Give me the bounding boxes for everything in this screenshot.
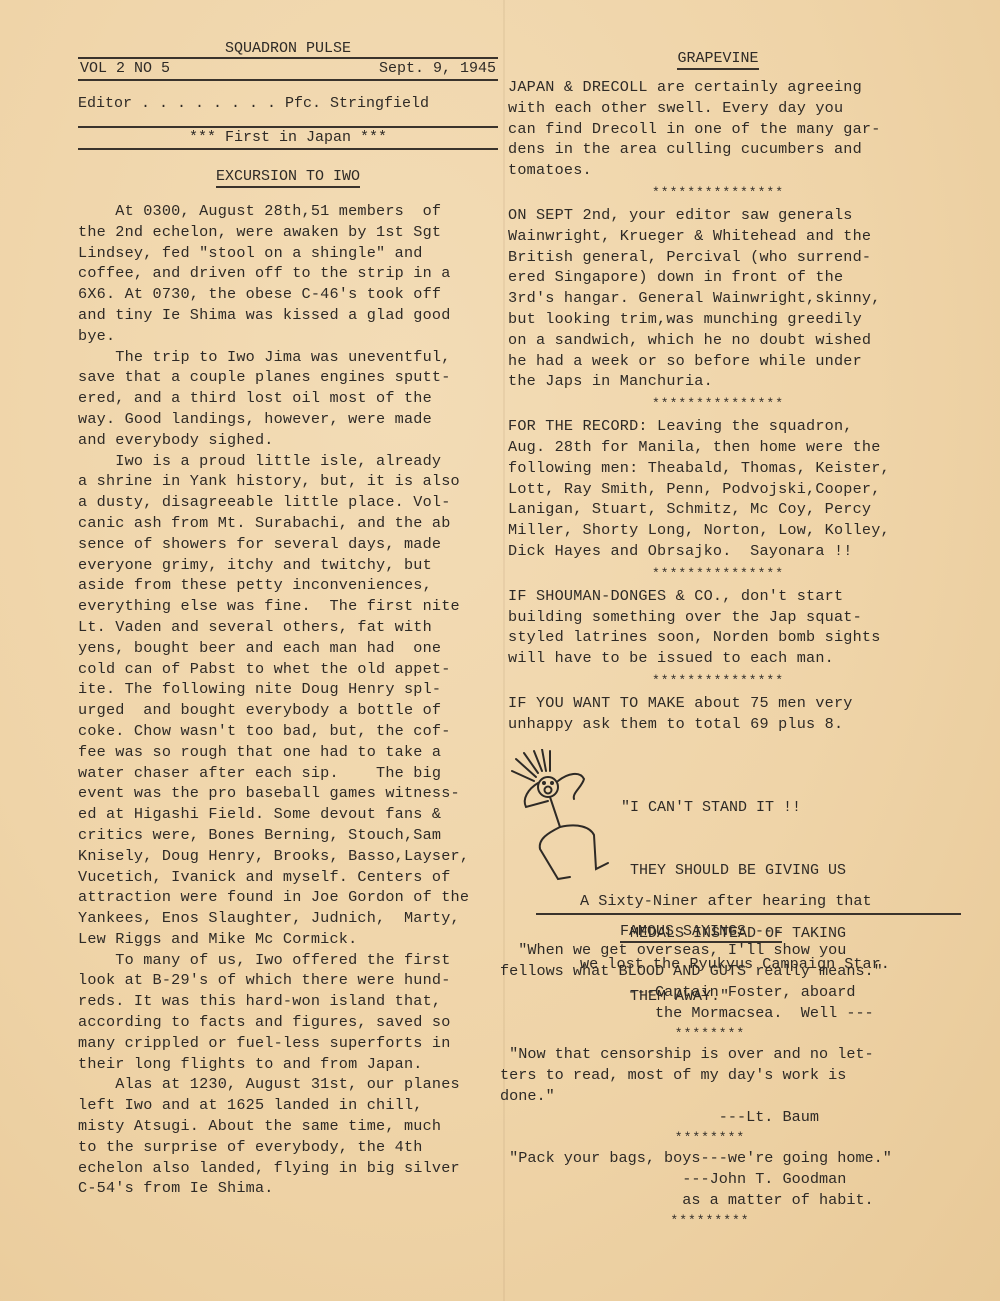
grapevine-line: dens in the area culling cucumbers and xyxy=(508,139,978,160)
grapevine-line: Aug. 28th for Manila, then home were the xyxy=(508,437,978,458)
cartoon-quote-line: "I CAN'T STAND IT !! xyxy=(621,797,846,818)
star-separator: ******** xyxy=(500,1128,920,1148)
article-line: aside from these petty inconveniences, xyxy=(78,575,508,596)
grapevine-line: styled latrines soon, Norden bomb sights xyxy=(508,627,978,648)
article-line: reds. It was this hard-won island that, xyxy=(78,991,508,1012)
grapevine-headline-text: GRAPEVINE xyxy=(677,50,758,70)
article-headline-text: EXCURSION TO IWO xyxy=(216,168,360,188)
star-separator: *************** xyxy=(508,394,928,414)
article-line: save that a couple planes engines sputt- xyxy=(78,367,508,388)
article-line: yens, bought beer and each man had one xyxy=(78,638,508,659)
article-line: coke. Chow wasn't too bad, but, the cof- xyxy=(78,721,508,742)
article-line: canic ash from Mt. Surabachi, and the ab xyxy=(78,513,508,534)
article-headline: EXCURSION TO IWO xyxy=(78,168,498,185)
grapevine-line: following men: Theabald, Thomas, Keister… xyxy=(508,458,978,479)
article-line: water chaser after each sip. The big xyxy=(78,763,508,784)
article-line: according to facts and figures, saved so xyxy=(78,1012,508,1033)
grapevine-line: Miller, Shorty Long, Norton, Low, Kolley… xyxy=(508,520,978,541)
article-line: C-54's from Ie Shima. xyxy=(78,1178,508,1199)
star-separator-end: ********* xyxy=(500,1211,920,1231)
grapevine-line: will have to be issued to each man. xyxy=(508,648,978,669)
grapevine-line: can find Drecoll in one of the many gar- xyxy=(508,119,978,140)
grapevine-line: JAPAN & DRECOLL are certainly agreeing xyxy=(508,77,978,98)
article-line: sence of showers for several days, made xyxy=(78,534,508,555)
grapevine-line: IF SHOUMAN-DONGES & CO., don't start xyxy=(508,586,978,607)
grapevine-item: IF SHOUMAN-DONGES & CO., don't startbuil… xyxy=(508,586,978,669)
article-line: misty Atsugi. About the same time, much xyxy=(78,1116,508,1137)
grapevine-line: Lanigan, Stuart, Schmitz, Mc Coy, Percy xyxy=(508,499,978,520)
cartoon-block: "I CAN'T STAND IT !! THEY SHOULD BE GIVI… xyxy=(508,745,978,895)
article-line: Vucetich, Ivanick and myself. Centers of xyxy=(78,867,508,888)
article-line: urged and bought everybody a bottle of xyxy=(78,700,508,721)
article-line: ed at Higashi Field. Some devout fans & xyxy=(78,804,508,825)
grapevine-line: but looking trim,was munching greedily xyxy=(508,309,978,330)
article-line: to the surprise of everybody, the 4th xyxy=(78,1137,508,1158)
article-line: look at B-29's of which there were hund- xyxy=(78,970,508,991)
grapevine-body: JAPAN & DRECOLL are certainly agreeingwi… xyxy=(508,77,978,735)
grapevine-line: Wainwright, Krueger & Whitehead and the xyxy=(508,226,978,247)
grapevine-item: IF YOU WANT TO MAKE about 75 men veryunh… xyxy=(508,693,978,735)
article-line: 6X6. At 0730, the obese C-46's took off xyxy=(78,284,508,305)
star-separator: *************** xyxy=(508,564,928,584)
grapevine-item: FOR THE RECORD: Leaving the squadron,Aug… xyxy=(508,416,978,562)
cartoon-caption: A Sixty-Niner after hearing that we lost… xyxy=(580,849,890,1017)
article-line: left Iwo and at 1625 landed in chill, xyxy=(78,1095,508,1116)
article-body: At 0300, August 28th,51 members ofthe 2n… xyxy=(78,201,508,1199)
tagline: *** First in Japan *** xyxy=(78,128,498,148)
article-line: way. Good landings, however, were made xyxy=(78,409,508,430)
grapevine-line: tomatoes. xyxy=(508,160,978,181)
grapevine-line: FOR THE RECORD: Leaving the squadron, xyxy=(508,416,978,437)
cartoon-caption-line: we lost the Ryukyus Campaign Star. xyxy=(580,954,890,975)
saying-quote-line: ters to read, most of my day's work is xyxy=(500,1065,978,1086)
grapevine-line: IF YOU WANT TO MAKE about 75 men very xyxy=(508,693,978,714)
grapevine-line: ered Singapore) down in front of the xyxy=(508,267,978,288)
saying-quote-line: done." xyxy=(500,1086,978,1107)
masthead-volume-row: VOL 2 NO 5 Sept. 9, 1945 xyxy=(78,59,498,79)
saying-quote-line: "Pack your bags, boys---we're going home… xyxy=(500,1148,978,1169)
article-line: At 0300, August 28th,51 members of xyxy=(78,201,508,222)
saying-attribution-line: ---John T. Goodman xyxy=(500,1169,978,1190)
article-line: bye. xyxy=(78,326,508,347)
grapevine-line: Dick Hayes and Obrsajko. Sayonara !! xyxy=(508,541,978,562)
grapevine-line: with each other swell. Every day you xyxy=(508,98,978,119)
tagline-rule-bottom xyxy=(78,148,498,150)
grapevine-headline: GRAPEVINE xyxy=(508,50,928,67)
article-line: coffee, and driven off to the strip in a xyxy=(78,263,508,284)
article-line: event was the pro baseball games witness… xyxy=(78,783,508,804)
grapevine-line: British general, Percival (who surrend- xyxy=(508,247,978,268)
grapevine-item: JAPAN & DRECOLL are certainly agreeingwi… xyxy=(508,77,978,181)
article-line: a shrine in Yank history, but, it is als… xyxy=(78,471,508,492)
issue-date: Sept. 9, 1945 xyxy=(379,59,496,79)
saying-item: "Now that censorship is over and no let-… xyxy=(500,1044,978,1128)
star-separator: *************** xyxy=(508,671,928,691)
article-line: and everybody sighed. xyxy=(78,430,508,451)
article-line: everything else was fine. The first nite xyxy=(78,596,508,617)
grapevine-line: the Japs in Manchuria. xyxy=(508,371,978,392)
grapevine-line: on a sandwich, which he no doubt wished xyxy=(508,330,978,351)
masthead-title: SQUADRON PULSE xyxy=(78,40,498,57)
article-line: echelon also landed, flying in big silve… xyxy=(78,1158,508,1179)
saying-attribution-line: as a matter of habit. xyxy=(500,1190,978,1211)
article-line: Iwo is a proud little isle, already xyxy=(78,451,508,472)
article-line: To many of us, Iwo offered the first xyxy=(78,950,508,971)
grapevine-item: ON SEPT 2nd, your editor saw generalsWai… xyxy=(508,205,978,392)
grapevine-line: he had a week or so before while under xyxy=(508,351,978,372)
article-line: their long flights to and from Japan. xyxy=(78,1054,508,1075)
grapevine-line: Lott, Ray Smith, Penn, Podvojski,Cooper, xyxy=(508,479,978,500)
right-column: GRAPEVINE JAPAN & DRECOLL are certainly … xyxy=(508,50,978,1231)
masthead-rule-bottom xyxy=(78,79,498,81)
saying-item: "Pack your bags, boys---we're going home… xyxy=(500,1148,978,1211)
grapevine-line: 3rd's hangar. General Wainwright,skinny, xyxy=(508,288,978,309)
cartoon-caption-line: A Sixty-Niner after hearing that xyxy=(580,891,890,912)
article-line: the 2nd echelon, were awaken by 1st Sgt xyxy=(78,222,508,243)
saying-attribution-line: ---Lt. Baum xyxy=(500,1107,978,1128)
article-line: ite. The following nite Doug Henry spl- xyxy=(78,679,508,700)
article-line: attraction were found in Joe Gordon of t… xyxy=(78,887,508,908)
editor-line: Editor . . . . . . . . Pfc. Stringfield xyxy=(78,95,508,112)
grapevine-line: unhappy ask them to total 69 plus 8. xyxy=(508,714,978,735)
article-line: Yankees, Enos Slaughter, Judnich, Marty, xyxy=(78,908,508,929)
grapevine-line: ON SEPT 2nd, your editor saw generals xyxy=(508,205,978,226)
article-line: critics were, Bones Berning, Stouch,Sam xyxy=(78,825,508,846)
article-line: Alas at 1230, August 31st, our planes xyxy=(78,1074,508,1095)
article-line: and tiny Ie Shima was kissed a glad good xyxy=(78,305,508,326)
volume-number: VOL 2 NO 5 xyxy=(80,59,170,79)
grapevine-line: building something over the Jap squat- xyxy=(508,607,978,628)
article-line: Lew Riggs and Mike Mc Cormick. xyxy=(78,929,508,950)
article-line: cold can of Pabst to whet the old appet- xyxy=(78,659,508,680)
article-line: The trip to Iwo Jima was uneventful, xyxy=(78,347,508,368)
article-line: many crippled or fuel-less superforts in xyxy=(78,1033,508,1054)
article-line: everyone grimy, itchy and twitchy, but xyxy=(78,555,508,576)
article-line: Knisely, Doug Henry, Brooks, Basso,Layse… xyxy=(78,846,508,867)
article-line: a dusty, disagreeable little place. Vol- xyxy=(78,492,508,513)
article-line: Lt. Vaden and several others, fat with xyxy=(78,617,508,638)
article-line: fee was so rough that one had to take a xyxy=(78,742,508,763)
article-line: ered, and a third lost oil most of the xyxy=(78,388,508,409)
left-column: SQUADRON PULSE VOL 2 NO 5 Sept. 9, 1945 … xyxy=(78,40,508,1199)
star-separator: *************** xyxy=(508,183,928,203)
article-line: Lindsey, fed "stool on a shingle" and xyxy=(78,243,508,264)
